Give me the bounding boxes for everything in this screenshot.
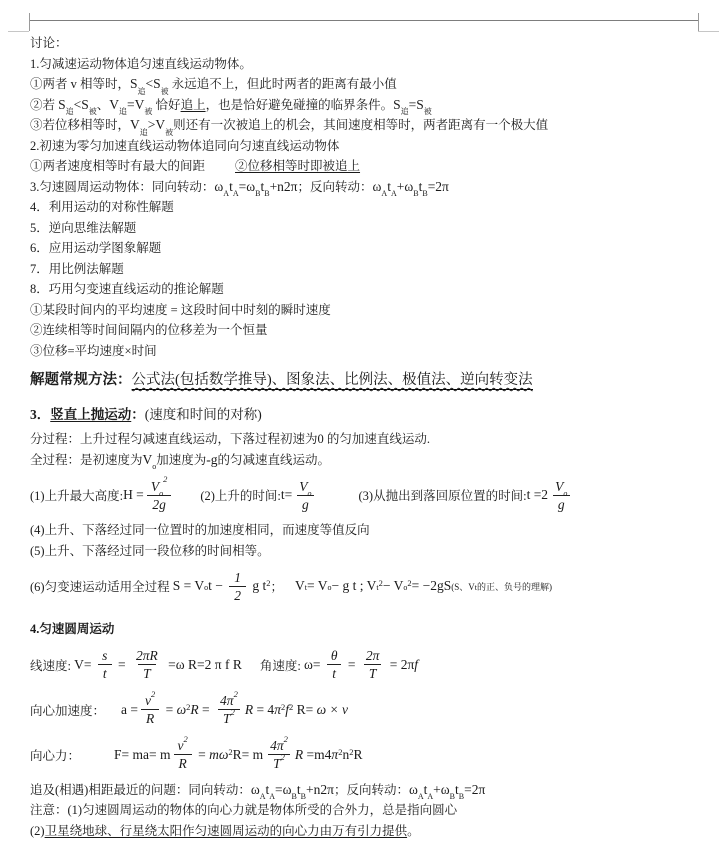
subscript: A [427,792,433,801]
doc-line: 4．利用运动的对称性解题 [30,197,720,218]
text-segment: R [295,747,303,763]
doc-line: ①两者速度相等时有最大的间距②位移相等时即被追上 [30,156,720,177]
text-segment: V [143,452,153,467]
fraction: 2πT [362,648,384,681]
doc-line: 8．巧用匀变速直线运动的推论解题 [30,279,720,300]
text-segment: V [295,578,305,594]
text-segment: 解题常规方法： [30,372,132,388]
doc-line: 追及(相遇)相距最近的问题：同向转动：ωAtA=ωBtB+n2π；反向转动：ωA… [30,780,720,801]
superscript: 2 [184,734,188,744]
text-segment: <S [146,76,161,91]
superscript: 2 [151,689,155,699]
doc-line: 7．用比例法解题 [30,259,720,280]
doc-line: 向心加速度：a =v2R = ω2R = 4π2T2R = 4π2f2 R= ω… [30,690,720,730]
subscript: B [255,189,260,198]
text-segment: ω [177,702,187,718]
text-segment: ②连续相等时间间隔内的位移差为一个恒量 [30,323,268,337]
text-segment: t − [208,578,226,594]
text-segment: (3)从抛出到落回原位置的时间: [359,486,527,504]
text-segment: V [109,97,119,112]
text-segment: =S [409,97,424,112]
fraction-denominator: 2 [229,586,246,603]
subscript: B [422,189,427,198]
text-segment: = [199,702,213,718]
subscript: 追 [119,107,127,116]
superscript: 2 [284,734,288,744]
text-segment: 角速度: [260,656,304,674]
text-segment: S [58,97,66,112]
text-segment: =2π [428,179,449,194]
text-segment: R [146,711,154,726]
fraction-numerator: θ [327,648,342,664]
text-segment: (2)上升的时间: [200,486,281,504]
subscript: 被 [161,87,169,96]
text-segment: = 4 [253,702,274,718]
text-segment: 线速度: [30,656,74,674]
document-page: 讨论：1.匀减速运动物体追匀速直线运动物体。①两者 v 相等时，S追<S被 永远… [0,0,727,860]
text-segment: ω [214,179,223,194]
text-segment: R [190,702,198,718]
subscript: B [413,189,418,198]
fraction-numerator: 2πR [132,648,162,664]
doc-line: 注意：(1)匀速圆周运动的物体的向心力就是物体所受的合外力，总是指向圆心 [30,800,720,821]
text-segment: 追上 [181,98,206,112]
text-segment: 4．利用运动的对称性解题 [30,200,174,214]
doc-line: ②若 S追<S被、V追=V被 恰好追上，也是恰好避免碰撞的临界条件。S追=S被 [30,95,720,116]
text-segment: ①两者 v 相等时， [30,77,130,91]
doc-line: 1.匀减速运动物体追匀速直线运动物体。 [30,54,720,75]
text-segment: π [331,747,338,763]
doc-line: (1)上升最大高度:H =Vo22g(2)上升的时间:t=Vog(3)从抛出到落… [30,475,720,515]
subscript: 被 [144,107,152,116]
text-segment: F= ma= m [114,747,170,763]
text-segment: ③位移=平均速度×时间 [30,344,157,358]
text-segment: T [273,756,281,771]
text-segment: (速度和时间的对称) [145,407,262,422]
text-segment: ②若 [30,98,58,112]
spacer [319,495,359,496]
text-segment: ω × v [317,702,348,718]
text-segment: R [353,747,362,763]
text-segment: S = V [173,578,204,594]
superscript: 2 [234,689,238,699]
text-segment: g [558,497,565,512]
doc-line: 2.初速为零匀加速直线运动物体追同向匀速直线运动物体 [30,136,720,157]
text-segment: = −2gS [412,578,452,594]
text-segment: = [162,702,176,718]
text-segment: 永远追不上，但此时两者的距离有最小值 [169,77,397,91]
page-margin-left-mark [29,13,30,31]
doc-line: (5)上升、下落经过同一段位移的时间相等。 [30,541,720,562]
text-segment: H = [123,487,144,503]
doc-line: 6．应用运动学图象解题 [30,238,720,259]
text-segment: 2 [234,588,241,603]
text-segment: 3． [30,407,50,422]
doc-line: ③若位移相等时，V追>V被则还有一次被追上的机会，其间速度相等时，两者距离有一个… [30,115,720,136]
doc-line: ③位移=平均速度×时间 [30,341,720,362]
doc-line: 线速度: V= st = 2πRT =ω R=2 π f R角速度: ω= θt… [30,645,720,685]
fraction: st [98,648,112,681]
doc-line: 3.匀速圆周运动物体：同向转动：ωAtA=ωBtB+n2π；反向转动：ωAtA+… [30,177,720,198]
fraction-denominator: R [141,709,159,726]
text-segment: S [130,76,138,91]
text-segment: R= m [233,747,264,763]
subscript: o [159,489,163,498]
superscript: 2 [163,474,167,484]
text-segment: = [115,657,129,673]
subscript: 被 [424,107,432,116]
spacer [205,169,235,170]
text-segment: (1)上升最大高度: [30,486,123,504]
subscript: A [233,189,239,198]
text-segment: 6．应用运动学图象解题 [30,241,161,255]
text-segment: 4π [220,693,234,708]
text-segment: a = [121,702,138,718]
text-segment: − g t ; V [331,578,376,594]
doc-line: 解题常规方法：公式法(包括数学推导)、图象法、比例法、极值法、逆向转变法 [30,367,720,393]
fraction-denominator: t [327,664,341,681]
text-segment: mω [209,747,228,763]
text-segment: V [151,479,159,494]
text-segment: ；反向转动： [334,783,409,797]
text-segment: 2.初速为零匀加速直线运动物体追同向匀速直线运动物体 [30,139,339,153]
text-segment: 的正、负号的理解) [477,580,552,593]
document-content: 讨论：1.匀减速运动物体追匀速直线运动物体。①两者 v 相等时，S追<S被 永远… [30,33,720,841]
text-segment: 2π [366,648,380,663]
fraction-numerator: 1 [230,570,245,586]
subscript: B [292,792,297,801]
fraction-numerator: v2 [141,693,159,709]
text-segment: 的匀减速直线运动。 [218,453,331,467]
doc-line: ②连续相等时间间隔内的位移差为一个恒量 [30,320,720,341]
text-segment: ②位移相等时即被追上 [235,159,360,173]
subscript: A [391,189,397,198]
text-segment: -g [206,452,217,467]
spacer [105,709,121,710]
text-segment: θ [331,648,338,663]
fraction-numerator: v2 [174,738,192,754]
subscript: A [418,792,424,801]
text-segment: 加速度为 [156,453,206,467]
fraction: Vog [295,479,315,512]
text-segment: 全过程：是初速度为 [30,453,143,467]
page-margin-left-mark-stub [8,31,29,32]
subscript: 被 [165,128,173,137]
text-segment: (5)上升、下落经过同一段位移的时间相等。 [30,544,270,558]
text-segment: 4.匀速圆周运动 [30,622,114,636]
text-segment: T [223,711,231,726]
page-margin-right-mark-stub [698,31,719,32]
text-segment: ； [270,577,283,595]
text-segment: +n2π [270,179,298,194]
fraction: 2πRT [132,648,162,681]
text-segment: 追及(相遇)相距最近的问题：同向转动： [30,783,251,797]
superscript: 2 [281,752,285,762]
text-segment: g t [249,578,266,594]
fraction: Vo22g [147,479,172,512]
text-segment: 则还有一次被追上的机会，其间速度相等时，两者距离有一个极大值 [173,118,548,132]
text-segment: +ω [397,179,414,194]
text-segment: ω= [304,657,324,673]
text-segment: ，也是恰好避免碰撞的临界条件。 [206,98,394,112]
text-segment: = V [307,578,328,594]
text-segment: R [179,756,187,771]
subscript: o [152,462,156,471]
doc-line: (6)匀变速运动适用全过程 S = Vot − 12 g t2；Vt= Vo− … [30,566,720,606]
fraction-numerator: Vo [295,479,315,495]
doc-line: 讨论： [30,33,720,54]
text-segment: 3.匀速圆周运动物体：同向转动： [30,180,214,194]
text-segment: (4)上升、下落经过同一位置时的加速度相同，而速度等值反向 [30,523,370,537]
text-segment: 1.匀减速运动物体追匀速直线运动物体。 [30,57,252,71]
fraction-denominator: T [138,664,156,681]
doc-line: ①两者 v 相等时，S追<S被 永远追不上，但此时两者的距离有最小值 [30,74,720,95]
fraction: v2R [174,738,192,771]
fraction-numerator: Vo [551,479,571,495]
text-segment: =ω R=2 π f R [165,657,242,673]
text-segment: g [302,497,309,512]
subscript: o [563,489,567,498]
text-segment: t =2 [527,487,549,503]
text-segment: 恰好 [152,98,180,112]
text-segment: (S、V [451,580,475,593]
text-segment: 2g [152,497,166,512]
text-segment: V [299,479,307,494]
text-segment: 2πR [136,648,158,663]
spacer [80,754,114,755]
fraction: θt [327,648,342,681]
text-segment: 1 [234,570,241,585]
subscript: 追 [138,87,146,96]
doc-line: 4.匀速圆周运动 [30,619,720,640]
text-segment: v [178,738,184,753]
text-segment: 4π [270,738,284,753]
doc-line: 3．竖直上抛运动：(速度和时间的对称) [30,404,720,426]
text-segment: = 2π [386,657,414,673]
text-segment: T [143,666,151,681]
subscript: B [450,792,455,801]
subscript: o [308,489,312,498]
fraction-denominator: T2 [218,709,240,726]
text-segment: <S [74,97,89,112]
text-segment: (2) [30,824,45,838]
fraction: 4π2T2 [266,738,292,771]
subscript: A [269,792,275,801]
text-segment: =V [127,97,144,112]
doc-line: 全过程：是初速度为Vo加速度为-g的匀减速直线运动。 [30,450,720,471]
text-segment: − V [383,578,404,594]
subscript: B [301,792,306,801]
subscript: B [459,792,464,801]
subscript: 追 [66,107,74,116]
spacer [174,495,200,496]
text-segment: n [342,747,349,763]
text-segment: 竖直上抛运动 [50,407,131,422]
subscript: 追 [140,128,148,137]
doc-line: 5．逆向思维法解题 [30,218,720,239]
text-segment: =ω [275,782,292,797]
text-segment: = [195,747,209,763]
text-segment: ω [409,782,418,797]
text-segment: f [414,657,418,673]
fraction: v2R [141,693,159,726]
subscript: A [260,792,266,801]
text-segment: 注意：(1)匀速圆周运动的物体的向心力就是物体所受的合外力，总是指向圆心 [30,803,457,817]
text-segment: 8．巧用匀变速直线运动的推论解题 [30,282,224,296]
text-segment: s [102,648,107,663]
page-margin-right-mark [698,13,699,31]
fraction-numerator: Vo2 [147,479,172,495]
text-segment: ③若位移相等时， [30,118,130,132]
text-segment: = [344,657,358,673]
fraction-denominator: T2 [268,754,290,771]
superscript: 2 [231,707,235,717]
text-segment: 公式法(包括数学推导)、图象法、比例法、极值法、逆向转变法 [132,372,533,390]
subscript: A [223,189,229,198]
fraction-numerator: 2π [362,648,384,664]
spacer [283,586,295,587]
text-segment: 讨论： [30,36,68,50]
doc-line: ①某段时间内的平均速度 = 这段时间中时刻的瞬时速度 [30,300,720,321]
text-segment: 卫星绕地球、行星绕太阳作匀速圆周运动的向心力由万有引力提供 [45,824,408,838]
text-segment: R= [293,702,316,718]
doc-line: (2)卫星绕地球、行星绕太阳作匀速圆周运动的向心力由万有引力提供。 [30,821,720,842]
text-segment: 。 [407,824,420,838]
fraction-numerator: s [98,648,111,664]
text-segment: T [369,666,377,681]
text-segment: ；反向转动： [298,180,373,194]
text-segment: 5．逆向思维法解题 [30,221,136,235]
subscript: 被 [89,107,97,116]
text-segment: ： [131,407,145,422]
text-segment: (6)匀变速运动适用全过程 [30,577,173,595]
fraction: 4π2T2 [216,693,242,726]
text-segment: =ω [239,179,256,194]
text-segment: +n2π [306,782,334,797]
text-segment: V= [74,657,95,673]
text-segment: 7．用比例法解题 [30,262,124,276]
text-segment: 向心力： [30,746,80,764]
text-segment: t [332,666,336,681]
text-segment: 向心加速度： [30,701,105,719]
page-margin-top-line [29,20,698,21]
fraction-denominator: t [98,664,112,681]
fraction: 12 [229,570,246,603]
doc-line: 向心力：F= ma= mv2R = mω2R= m4π2T2R =m4π2n2R [30,735,720,775]
text-segment: t= [281,487,292,503]
fraction-denominator: g [553,495,570,512]
text-segment: ①两者速度相等时有最大的间距 [30,159,205,173]
text-segment: π [274,702,281,718]
text-segment: =2π [464,782,485,797]
fraction-numerator: 4π2 [216,693,242,709]
fraction-denominator: R [174,754,192,771]
fraction-numerator: 4π2 [266,738,292,754]
subscript: A [381,189,387,198]
doc-line: (4)上升、下落经过同一位置时的加速度相同，而速度等值反向 [30,520,720,541]
subscript: 追 [401,107,409,116]
fraction-denominator: T [364,664,382,681]
text-segment: ω [251,782,260,797]
subscript: B [264,189,269,198]
text-segment: >V [148,117,165,132]
text-segment: ①某段时间内的平均速度 = 这段时间中时刻的瞬时速度 [30,303,331,317]
spacer [242,664,260,665]
text-segment: 、 [97,98,110,112]
text-segment: R [245,702,253,718]
text-segment: S [393,97,401,112]
doc-line: 分过程：上升过程匀减速直线运动，下落过程初速为0 的匀加速直线运动. [30,429,720,450]
text-segment: =m4 [303,747,331,763]
text-segment: 分过程：上升过程匀减速直线运动，下落过程初速为0 的匀加速直线运动. [30,432,430,446]
text-segment: V [130,117,140,132]
text-segment: t [103,666,107,681]
fraction: Vog [551,479,571,512]
text-segment: +ω [433,782,450,797]
